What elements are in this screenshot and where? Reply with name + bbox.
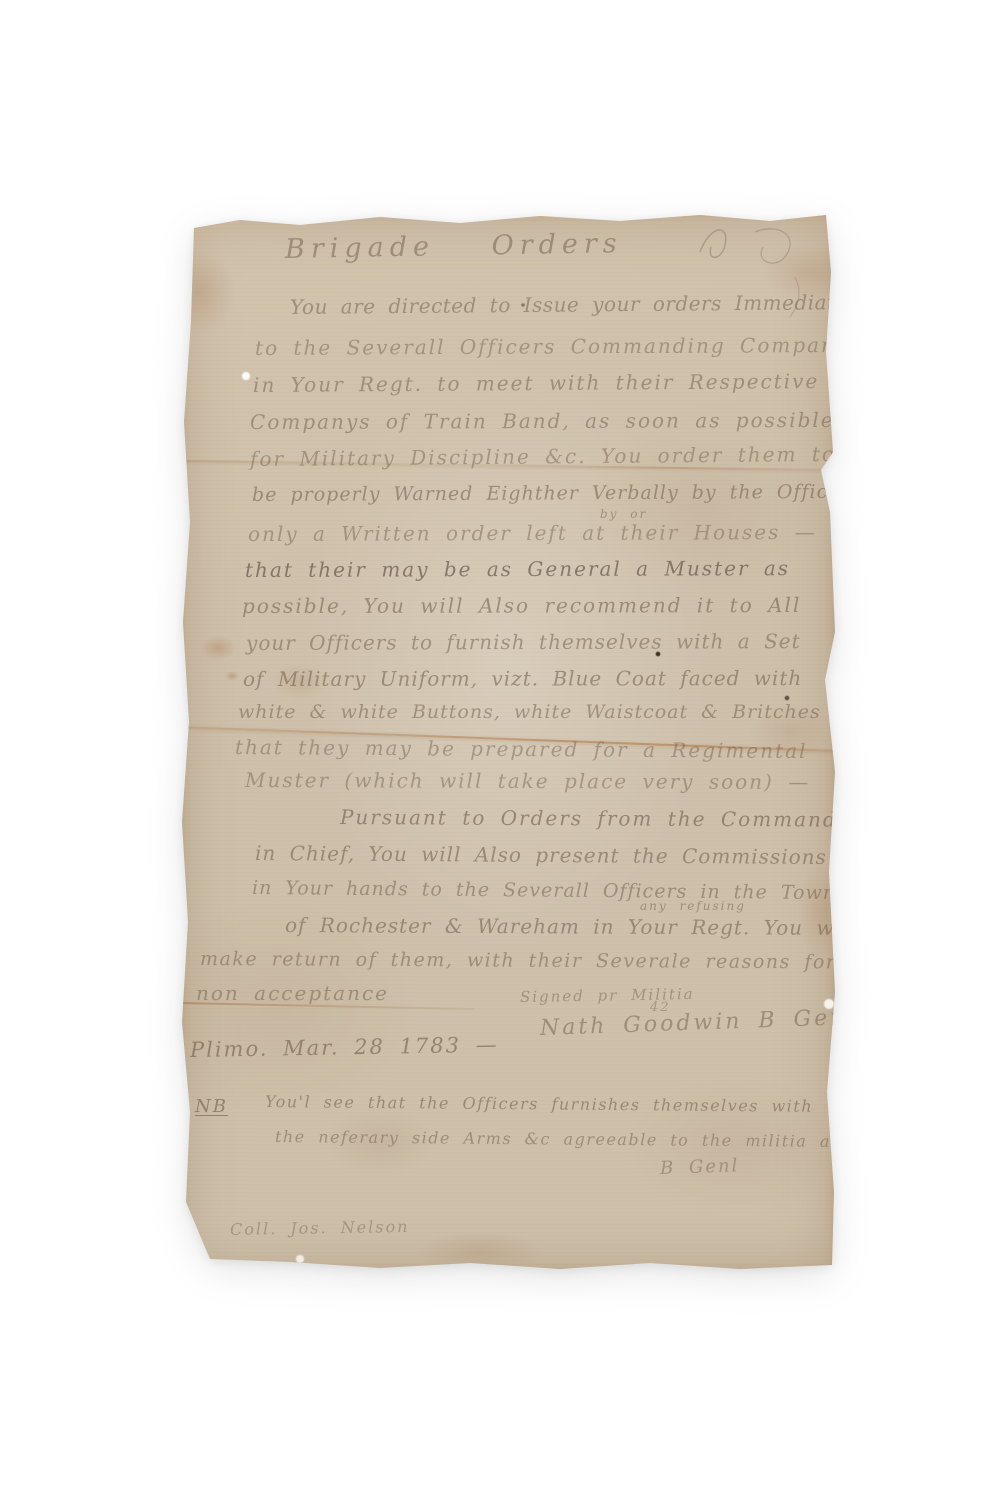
- dateline: Plimo. Mar. 28 1783 —: [190, 1033, 499, 1062]
- body-line-11: of Military Uniform, vizt. Blue Coat fac…: [243, 666, 802, 691]
- body-line-5: for Military Discipline &c. You order th…: [250, 442, 836, 471]
- body-line-13: that they may be prepared for a Regiment…: [235, 735, 808, 763]
- body-line-19: make return of them, with their Severale…: [200, 948, 837, 973]
- body-line-10: your Officers to furnish themselves with…: [246, 629, 801, 655]
- body-line-20: non acceptance: [196, 981, 389, 1005]
- body-line-15: Pursuant to Orders from the Command: [340, 805, 838, 832]
- nb-label: NB: [195, 1096, 228, 1117]
- signature: Nath Goodwin B Genl: [540, 1005, 858, 1041]
- nb-line-2: the neferary side Arms &c agreeable to t…: [275, 1127, 850, 1151]
- body-line-14: Muster (which will take place very soon)…: [245, 768, 810, 794]
- nb-signature: B Genl: [660, 1155, 740, 1179]
- body-line-7: only a Written order left at their House…: [248, 520, 817, 546]
- body-line-4: Companys of Train Band, as soon as possi…: [250, 408, 835, 434]
- auction-photo-background: Brigade Orders You are directed to Issue…: [0, 0, 1000, 1501]
- interline-insertion-1: by or: [600, 507, 647, 521]
- document-title: Brigade Orders: [285, 228, 623, 265]
- body-line-12: white & white Buttons, white Waistcoat &…: [238, 701, 821, 723]
- body-line-17: in Your hands to the Severall Officers i…: [252, 877, 847, 904]
- aged-paper-leaf: Brigade Orders You are directed to Issue…: [180, 212, 835, 1272]
- body-line-8: that their may be as General a Muster as: [245, 556, 790, 582]
- body-line-3: in Your Regt. to meet with their Respect…: [253, 369, 819, 397]
- address-line: Coll. Jos. Nelson: [230, 1217, 410, 1239]
- body-line-16: in Chief, You will Also present the Comm…: [255, 841, 827, 869]
- body-line-9: possible, You will Also recommend it to …: [242, 593, 801, 618]
- body-line-6: be properly Warned Eighther Verbally by …: [252, 481, 861, 506]
- nb-line-1: You'l see that the Officers furnishes th…: [265, 1092, 813, 1116]
- body-line-18: of Rochester & Wareham in Your Regt. You…: [285, 913, 857, 940]
- body-line-1: You are directed to Issue your orders Im…: [290, 290, 867, 319]
- manuscript-document: Brigade Orders You are directed to Issue…: [180, 212, 835, 1272]
- body-line-2: to the Severall Officers Commanding Comp…: [255, 333, 862, 360]
- interline-insertion-2: any refusing: [640, 899, 746, 913]
